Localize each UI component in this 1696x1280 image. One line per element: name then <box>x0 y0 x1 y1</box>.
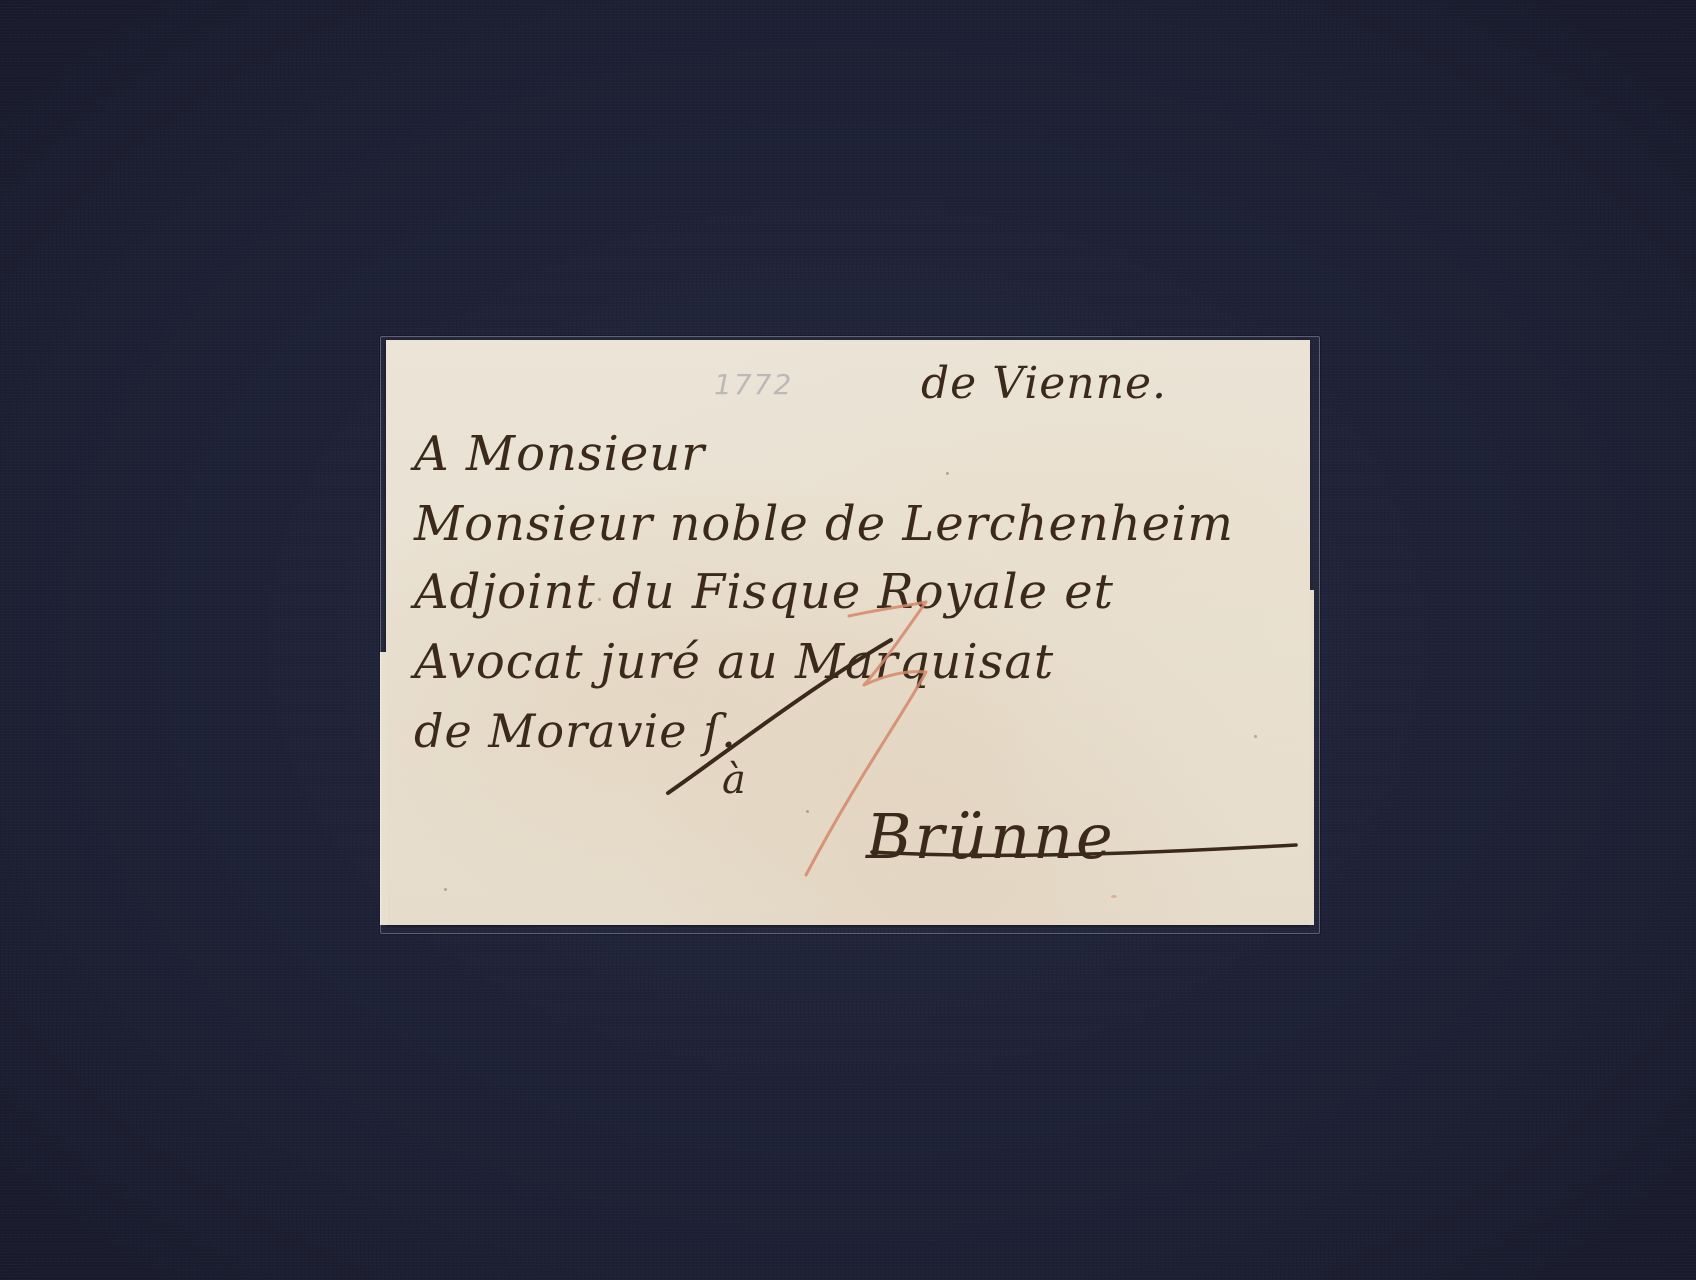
address-line-salutation: A Monsieur <box>414 430 705 478</box>
origin-line: de Vienne. <box>921 362 1167 406</box>
destination-prefix: à <box>722 760 747 800</box>
destination-city: Brünne <box>866 806 1116 868</box>
address-line-region: de Moravie ſ. <box>414 708 737 754</box>
foxing-speck <box>946 472 949 475</box>
foxing-speck <box>444 888 447 891</box>
letter-sheet: 1772 de Vienne. A Monsieur Monsieur nobl… <box>386 340 1310 925</box>
address-line-title: Adjoint du Fisque Royale et <box>414 568 1114 616</box>
foxing-speck <box>806 810 809 813</box>
address-line-office: Avocat juré au Marquisat <box>414 638 1054 686</box>
foxing-speck <box>1111 895 1117 898</box>
foxing-speck <box>1254 735 1257 738</box>
address-line-recipient: Monsieur noble de Lerchenheim <box>414 500 1234 548</box>
left-fold-edge <box>380 652 388 925</box>
right-fold-edge <box>1310 590 1314 925</box>
pencil-year-note: 1772 <box>714 368 793 401</box>
